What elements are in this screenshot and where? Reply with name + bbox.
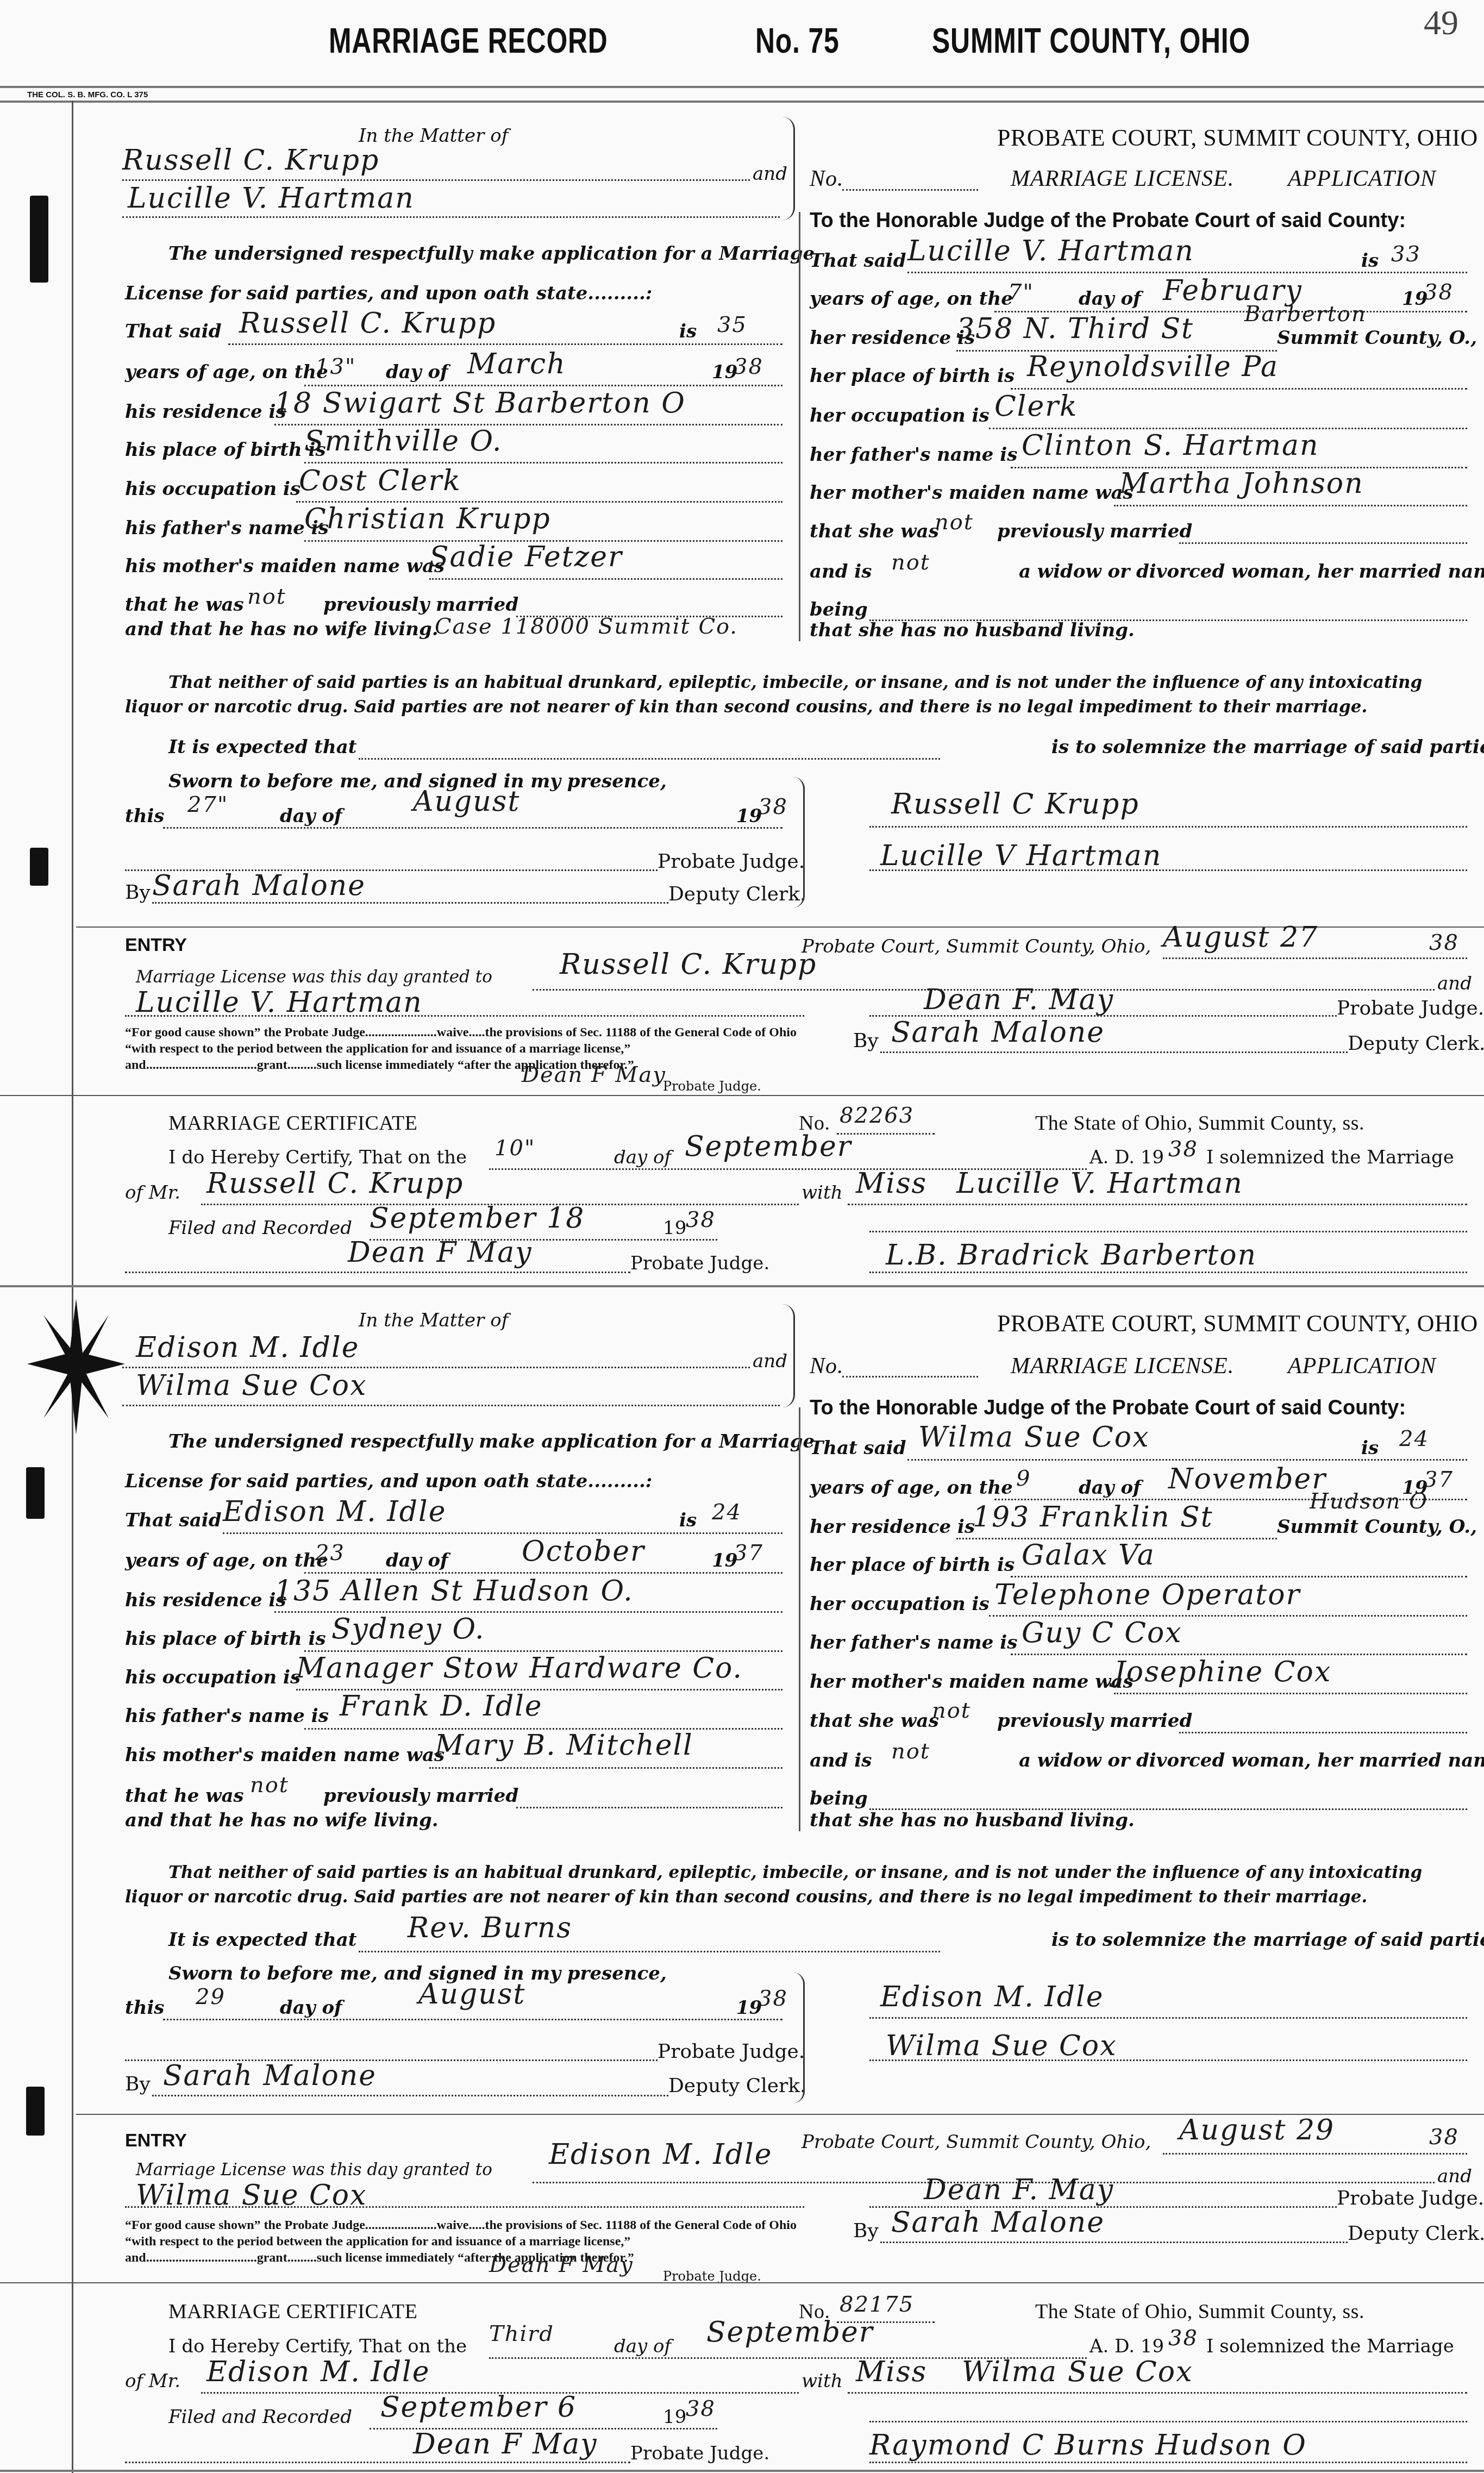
filed-date: September 18 <box>370 1202 585 1235</box>
widow-text: a widow or divorced woman, her married n… <box>1019 561 1484 583</box>
bride-previously-label: previously married <box>997 521 1192 542</box>
entry-judge-signature: Dean F. May <box>924 984 1114 1016</box>
sworn-day: 27" <box>187 792 228 817</box>
bride-occupation: Clerk <box>994 390 1078 423</box>
groom-that-said-label: That said <box>125 1510 221 1531</box>
groom-mother-label: his mother's maiden name was <box>125 1744 444 1766</box>
bride-mother: Martha Johnson <box>1119 467 1364 500</box>
deputy-clerk-signature: Sarah Malone <box>152 869 366 902</box>
bride-name: Wilma Sue Cox <box>918 1421 1149 1454</box>
bride-signature-line <box>869 2059 1467 2061</box>
groom-previously-label: previously married <box>323 1785 518 1807</box>
expected-line <box>359 1951 940 1952</box>
entry-heading: ENTRY <box>125 935 187 956</box>
margin-tab <box>26 2087 45 2136</box>
bride-name: Lucille V. Hartman <box>907 235 1194 267</box>
groom-signature: Russell C Krupp <box>891 788 1139 821</box>
bride-occupation-label: her occupation is <box>810 405 990 427</box>
declaration-line-2: liquor or narcotic drug. Said parties ar… <box>125 697 1367 717</box>
certificate-month: September <box>706 2316 874 2349</box>
bride-residence: 358 N. Third St <box>956 312 1194 345</box>
solemnized-label: I solemnized the Marriage <box>1206 1147 1454 1168</box>
to-judge-label: To the Honorable Judge of the Probate Co… <box>810 209 1406 233</box>
bride-and-is-label: and is <box>810 1750 872 1771</box>
bride-was-label: that she was <box>810 521 939 542</box>
page-number: 49 <box>1424 3 1458 43</box>
groom-signature-line <box>869 2017 1467 2019</box>
groom-mother: Sadie Fetzer <box>429 541 623 573</box>
certificate-groom: Russell C. Krupp <box>206 1167 464 1200</box>
application-label: APPLICATION <box>1288 1353 1436 1379</box>
bride-birth-month: November <box>1168 1463 1326 1495</box>
officiant-line-top <box>869 1231 1467 1232</box>
certificate-day: Third <box>489 2321 554 2346</box>
bride-age: 33 <box>1391 242 1421 267</box>
by-label: By <box>125 881 151 904</box>
certificate-bride-line <box>848 1204 1467 1205</box>
probate-judge-label: Probate Judge. <box>658 850 805 873</box>
groom-previously-married: not <box>250 1773 289 1798</box>
groom-father-label: his father's name is <box>125 1705 329 1727</box>
bride-years-label: years of age, on the <box>810 1477 1013 1499</box>
bride-that-said-label: That said <box>810 1437 906 1459</box>
bride-mother-line <box>1114 1693 1467 1694</box>
waiver-probate-judge-label: Probate Judge. <box>663 2269 761 2284</box>
of-mr-label: of Mr. <box>125 1182 180 1204</box>
groom-birth-year: 37 <box>734 1541 763 1566</box>
column-divider <box>799 212 800 641</box>
groom-no-wife-label: and that he has no wife living. <box>125 618 439 640</box>
groom-previously-married: not <box>247 584 286 609</box>
sworn-month: August <box>413 785 520 818</box>
deputy-clerk-signature: Sarah Malone <box>163 2059 377 2092</box>
in-matter-of-label: In the Matter of <box>359 125 508 147</box>
bride-widow-status: not <box>891 1739 930 1764</box>
entry-clerk-signature: Sarah Malone <box>891 2206 1105 2239</box>
filed-label: Filed and Recorded <box>168 1217 352 1239</box>
sworn-this-label: this <box>125 805 164 827</box>
bride-birth-year: 37 <box>1424 1467 1454 1492</box>
certify-label: I do Hereby Certify, That on the <box>168 2336 467 2357</box>
header-rule-top <box>0 86 1484 88</box>
matter-groom-line <box>122 1367 750 1368</box>
sworn-date-line <box>163 2019 782 2020</box>
certificate-bride: Lucille V. Hartman <box>956 1167 1243 1200</box>
matter-groom-name: Russell C. Krupp <box>122 144 379 177</box>
bride-birth-day: 7" <box>1008 280 1034 305</box>
bride-mother-line <box>1114 505 1467 506</box>
groom-birth-month: October <box>522 1535 645 1568</box>
license-no-label: No. <box>810 166 844 192</box>
margin-tab <box>30 196 48 283</box>
entry-by-label: By <box>853 2220 879 2242</box>
good-cause-waiver: “For good cause shown” the Probate Judge… <box>125 2217 799 2266</box>
entry-date: August 29 <box>1179 2114 1335 2146</box>
sworn-day-of-label: day of <box>280 805 342 827</box>
filed-probate-judge-label: Probate Judge. <box>630 1253 769 1274</box>
groom-day-of-label: day of <box>386 1550 448 1572</box>
entry-court-label: Probate Court, Summit County, Ohio, <box>802 936 1151 957</box>
bride-occupation: Telephone Operator <box>994 1579 1300 1611</box>
matter-brace <box>782 117 795 220</box>
officiant-signature: L.B. Bradrick Barberton <box>886 1239 1257 1272</box>
bride-birthplace: Reynoldsville Pa <box>1027 350 1279 383</box>
bride-and-is-label: and is <box>810 561 872 583</box>
certificate-heading: MARRIAGE CERTIFICATE <box>168 1111 417 1135</box>
being-label: being <box>810 599 868 621</box>
groom-was-label: that he was <box>125 594 244 616</box>
deputy-clerk-label: Deputy Clerk. <box>668 883 806 905</box>
groom-name-line <box>223 1532 782 1534</box>
waiver-probate-judge-label: Probate Judge. <box>663 1079 761 1094</box>
bride-widow-status: not <box>891 550 930 575</box>
entry-probate-judge-label: Probate Judge. <box>1337 997 1484 1019</box>
bride-birthplace-label: her place of birth is <box>810 365 1015 387</box>
certificate-divider <box>0 1095 1484 1096</box>
entry-date-line <box>1163 2153 1467 2155</box>
solemnize-label: is to solemnize the marriage of said par… <box>1051 736 1484 758</box>
state-ss-label: The State of Ohio, Summit County, ss. <box>1035 1111 1364 1135</box>
sworn-year: 38 <box>758 1986 788 2011</box>
filed-century: 19 <box>663 2406 686 2428</box>
deputy-clerk-label: Deputy Clerk. <box>668 2075 806 2097</box>
groom-no-wife-label: and that he has no wife living. <box>125 1810 439 1831</box>
bride-father-line <box>1011 1654 1467 1655</box>
bride-city: Hudson O <box>1310 1489 1428 1514</box>
filed-century: 19 <box>663 1217 686 1239</box>
groom-mother-line <box>429 578 782 580</box>
sworn-brace <box>793 777 805 907</box>
groom-was-label: that he was <box>125 1785 244 1807</box>
application-intro: The undersigned respectfully make applic… <box>168 1431 815 1453</box>
filed-year: 38 <box>686 2396 716 2421</box>
bride-name-line <box>907 1459 1467 1461</box>
declaration-line-1: That neither of said parties is an habit… <box>168 673 1422 692</box>
groom-age-line <box>304 385 782 386</box>
bride-age: 24 <box>1399 1426 1429 1451</box>
sworn-this-label: this <box>125 1997 164 2019</box>
groom-name: Russell C. Krupp <box>239 307 496 340</box>
groom-day-of-label: day of <box>386 361 448 383</box>
groom-age: 35 <box>717 312 747 337</box>
sworn-year: 38 <box>758 794 788 819</box>
bride-signature: Wilma Sue Cox <box>886 2030 1117 2062</box>
matter-brace <box>782 1304 795 1407</box>
groom-mother: Mary B. Mitchell <box>435 1729 693 1762</box>
declaration-line-1: That neither of said parties is an habit… <box>168 1863 1422 1882</box>
sworn-date-line <box>163 827 782 829</box>
of-mr-label: of Mr. <box>125 2370 180 2392</box>
groom-name: Edison M. Idle <box>223 1495 446 1528</box>
printer-mark: THE COL. S. B. MFG. CO. L 375 <box>27 90 148 99</box>
groom-father: Christian Krupp <box>304 503 551 535</box>
groom-previously-label: previously married <box>323 594 518 616</box>
groom-birth-day: 13" <box>315 354 356 379</box>
entry-court-label: Probate Court, Summit County, Ohio, <box>802 2131 1151 2153</box>
entry-date: August 27 <box>1163 921 1318 954</box>
record-separator <box>0 1285 1484 1287</box>
certificate-bride-line <box>848 2392 1467 2394</box>
bride-previously-label: previously married <box>997 1710 1192 1732</box>
matter-groom-name: Edison M. Idle <box>136 1331 359 1364</box>
groom-name-line <box>228 343 782 345</box>
bride-day-of-label: day of <box>1079 288 1141 310</box>
certificate-year: 38 <box>1168 2326 1198 2351</box>
matter-bride-line <box>122 1405 780 1406</box>
application-label: APPLICATION <box>1288 166 1436 192</box>
groom-birthplace-label: his place of birth is <box>125 1628 326 1650</box>
entry-probate-judge-label: Probate Judge. <box>1337 2187 1484 2209</box>
groom-years-label: years of age, on the <box>125 361 328 383</box>
expected-label: It is expected that <box>168 736 356 758</box>
officiant-line <box>869 1272 1467 1273</box>
certificate-number: 82175 <box>840 2292 914 2317</box>
certificate-number: 82263 <box>840 1103 914 1128</box>
entry-bride-line <box>125 1015 804 1017</box>
bride-mother-label: her mother's maiden name was <box>810 1671 1134 1693</box>
certificate-year: 38 <box>1168 1137 1198 1162</box>
bride-father-label: her father's name is <box>810 1632 1017 1654</box>
bride-occupation-label: her occupation is <box>810 1593 990 1615</box>
certificate-ad-label: A. D. 19 <box>1089 1147 1164 1168</box>
bride-residence: 193 Franklin St <box>973 1501 1213 1533</box>
groom-age: 24 <box>712 1500 742 1525</box>
certificate-heading: MARRIAGE CERTIFICATE <box>168 2300 417 2324</box>
bride-that-said-label: That said <box>810 250 906 272</box>
entry-bride-line <box>125 2206 804 2208</box>
entry-year: 38 <box>1429 930 1459 955</box>
groom-occupation-label: his occupation is <box>125 478 300 500</box>
groom-mother-line <box>429 1767 782 1769</box>
entry-judge-signature: Dean F. May <box>924 2174 1114 2206</box>
no-husband-label: that she has no husband living. <box>810 619 1135 641</box>
groom-birthplace-line <box>304 462 782 464</box>
groom-residence-label: his residence is <box>125 401 286 423</box>
license-no-label: No. <box>810 1353 844 1379</box>
certificate-groom: Edison M. Idle <box>206 2356 430 2388</box>
no-husband-label: that she has no husband living. <box>810 1810 1135 1831</box>
solemnize-label: is to solemnize the marriage of said par… <box>1051 1929 1484 1951</box>
clerk-sign-line <box>152 2095 668 2096</box>
bride-residence-label: her residence is <box>810 1516 975 1538</box>
bride-is-label: is <box>1361 1437 1379 1459</box>
clerk-sign-line <box>152 902 668 904</box>
bride-birthplace-line <box>1011 388 1467 390</box>
groom-signature-line <box>869 826 1467 828</box>
groom-mother-label: his mother's maiden name was <box>125 555 444 577</box>
groom-father: Frank D. Idle <box>340 1690 543 1723</box>
bride-previously-line <box>1179 1732 1467 1733</box>
certify-label: I do Hereby Certify, That on the <box>168 1147 467 1168</box>
being-label: being <box>810 1788 868 1810</box>
with-label: with <box>802 2370 843 2392</box>
marriage-license-label: MARRIAGE LICENSE. <box>1011 1353 1234 1379</box>
bride-was-label: that she was <box>810 1710 939 1732</box>
record-book-number: No. 75 <box>755 21 839 61</box>
sworn-day: 29 <box>196 1984 226 2009</box>
by-label: By <box>125 2073 151 2095</box>
groom-birth-year: 38 <box>734 354 763 379</box>
entry-clerk-line <box>880 1051 1348 1053</box>
officiant-line-top <box>869 2421 1467 2422</box>
license-no-line <box>842 1376 978 1378</box>
sworn-day-of-label: day of <box>280 1997 342 2019</box>
groom-birthplace: Smithville O. <box>304 425 503 458</box>
court-header: PROBATE COURT, SUMMIT COUNTY, OHIO <box>997 124 1478 152</box>
entry-groom-name: Edison M. Idle <box>549 2138 772 2171</box>
groom-birthplace-label: his place of birth is <box>125 439 326 461</box>
bride-previously-line <box>1179 542 1467 544</box>
groom-birth-month: March <box>467 348 566 380</box>
entry-clerk-line <box>880 2242 1348 2243</box>
matter-groom-line <box>122 179 750 181</box>
groom-occupation-label: his occupation is <box>125 1667 300 1688</box>
summit-county-label: Summit County, O., <box>1277 1516 1477 1538</box>
bride-mother-label: her mother's maiden name was <box>810 482 1134 504</box>
groom-father-label: his father's name is <box>125 517 329 539</box>
license-no-line <box>842 189 978 191</box>
groom-signature: Edison M. Idle <box>880 1981 1104 2013</box>
declaration-line-2: liquor or narcotic drug. Said parties ar… <box>125 1887 1367 1907</box>
certificate-bride-title: Miss <box>856 1167 927 1200</box>
filed-label: Filed and Recorded <box>168 2406 352 2428</box>
star-marker-icon <box>22 1299 130 1435</box>
officiant-line <box>869 2462 1467 2463</box>
court-header: PROBATE COURT, SUMMIT COUNTY, OHIO <box>997 1310 1478 1337</box>
entry-granted-label: Marriage License was this day granted to <box>136 967 492 987</box>
bride-signature: Lucille V Hartman <box>880 840 1162 872</box>
page-bottom-rule <box>0 2470 1484 2472</box>
certificate-month: September <box>685 1130 852 1163</box>
groom-previously-line <box>516 1807 782 1808</box>
bride-signature-line <box>869 869 1467 871</box>
expected-line <box>359 758 940 760</box>
entry-heading: ENTRY <box>125 2130 187 2151</box>
expected-officiant: Rev. Burns <box>408 1912 572 1944</box>
groom-that-said-label: That said <box>125 321 221 342</box>
bride-birth-day: 9 <box>1016 1466 1031 1491</box>
bride-father: Clinton S. Hartman <box>1022 429 1319 462</box>
bride-is-label: is <box>1361 250 1379 272</box>
margin-tab <box>26 1467 45 1519</box>
entry-clerk-signature: Sarah Malone <box>891 1016 1105 1049</box>
bride-father-label: her father's name is <box>810 444 1017 466</box>
filed-judge-line <box>125 2462 630 2463</box>
groom-years-label: years of age, on the <box>125 1550 328 1572</box>
filed-judge-signature: Dean F May <box>413 2428 598 2461</box>
entry-granted-label: Marriage License was this day granted to <box>136 2160 492 2180</box>
filed-judge-signature: Dean F May <box>348 1236 533 1269</box>
certificate-day: 10" <box>494 1136 535 1161</box>
officiant-signature: Raymond C Burns Hudson O <box>869 2429 1307 2462</box>
matter-bride-line <box>122 216 780 218</box>
certificate-day-of-label: day of <box>614 1147 671 1168</box>
groom-case-note: Case 118000 Summit Co. <box>435 614 738 639</box>
application-oath: License for said parties, and upon oath … <box>125 283 652 304</box>
bride-mother: Josephine Cox <box>1114 1656 1331 1688</box>
entry-bride-name: Lucille V. Hartman <box>136 986 423 1019</box>
filed-probate-judge-label: Probate Judge. <box>630 2443 769 2464</box>
entry-groom-name: Russell C. Krupp <box>560 948 817 981</box>
matter-bride-name: Wilma Sue Cox <box>136 1369 367 1402</box>
sworn-month: August <box>418 1978 525 2011</box>
entry-year: 38 <box>1429 2125 1459 2150</box>
waiver-judge-signature: Dean F May <box>489 2252 634 2277</box>
bride-city: Barberton <box>1244 302 1367 327</box>
bride-previously-married: not <box>935 510 974 535</box>
groom-occupation: Manager Stow Hardware Co. <box>296 1652 743 1685</box>
entry-deputy-clerk-label: Deputy Clerk. <box>1348 2222 1484 2245</box>
expected-label: It is expected that <box>168 1929 356 1951</box>
column-divider <box>799 1407 800 1831</box>
marriage-license-label: MARRIAGE LICENSE. <box>1011 166 1234 192</box>
margin-tab <box>30 848 48 886</box>
in-matter-of-label: In the Matter of <box>359 1310 508 1331</box>
with-label: with <box>802 1182 843 1204</box>
groom-age-line <box>304 1572 782 1574</box>
entry-by-label: By <box>853 1030 879 1052</box>
application-oath: License for said parties, and upon oath … <box>125 1470 652 1492</box>
solemnized-label: I solemnized the Marriage <box>1206 2336 1454 2357</box>
groom-occupation: Cost Clerk <box>299 465 461 497</box>
certificate-ad-label: A. D. 19 <box>1089 2336 1164 2357</box>
widow-text: a widow or divorced woman, her married n… <box>1019 1750 1484 1771</box>
bride-years-label: years of age, on the <box>810 288 1013 310</box>
record-book-title: MARRIAGE RECORD <box>329 21 608 61</box>
certificate-bride-title: Miss <box>856 2356 927 2388</box>
bride-name-line <box>907 272 1467 273</box>
bride-birthplace-line <box>1011 1576 1467 1577</box>
matter-bride-name: Lucille V. Hartman <box>128 182 415 215</box>
bride-father: Guy C Cox <box>1022 1617 1182 1649</box>
groom-is-label: is <box>679 1510 697 1531</box>
state-ss-label: The State of Ohio, Summit County, ss. <box>1035 2300 1364 2324</box>
good-cause-waiver: “For good cause shown” the Probate Judge… <box>125 1024 799 1073</box>
certificate-divider <box>0 2282 1484 2283</box>
entry-and-label: and <box>1437 973 1472 994</box>
bride-birthplace: Galax Va <box>1022 1539 1155 1572</box>
entry-deputy-clerk-label: Deputy Clerk. <box>1348 1032 1484 1055</box>
certificate-day-of-label: day of <box>614 2336 671 2357</box>
probate-judge-label: Probate Judge. <box>658 2040 805 2063</box>
bride-previously-married: not <box>932 1698 971 1723</box>
groom-birth-day: 23 <box>315 1541 345 1566</box>
filed-date: September 6 <box>380 2391 577 2424</box>
entry-and-label: and <box>1437 2165 1472 2187</box>
application-intro: The undersigned respectfully make applic… <box>168 243 815 265</box>
sworn-label: Sworn to before me, and signed in my pre… <box>168 1963 667 1984</box>
groom-residence-label: his residence is <box>125 1589 286 1611</box>
groom-is-label: is <box>679 321 697 342</box>
groom-residence: 135 Allen St Hudson O. <box>274 1575 634 1607</box>
groom-residence: 18 Swigart St Barberton O <box>274 387 686 420</box>
summit-county-label: Summit County, O., <box>1277 327 1477 349</box>
record-book-county: SUMMIT COUNTY, OHIO <box>932 21 1250 61</box>
sworn-brace <box>793 1973 805 2103</box>
groom-birthplace: Sydney O. <box>331 1613 485 1645</box>
certificate-bride: Wilma Sue Cox <box>962 2356 1193 2388</box>
waiver-judge-signature: Dean F May <box>522 1062 666 1087</box>
to-judge-label: To the Honorable Judge of the Probate Co… <box>810 1397 1406 1420</box>
entry-date-line <box>1163 957 1467 959</box>
bride-residence-label: her residence is <box>810 327 975 349</box>
bride-birthplace-label: her place of birth is <box>810 1554 1015 1576</box>
header-rule-bottom <box>0 101 1484 103</box>
bride-birth-year: 38 <box>1424 280 1454 305</box>
filed-year: 38 <box>686 1207 716 1232</box>
bride-day-of-label: day of <box>1079 1477 1141 1499</box>
filed-judge-line <box>125 1272 630 1273</box>
